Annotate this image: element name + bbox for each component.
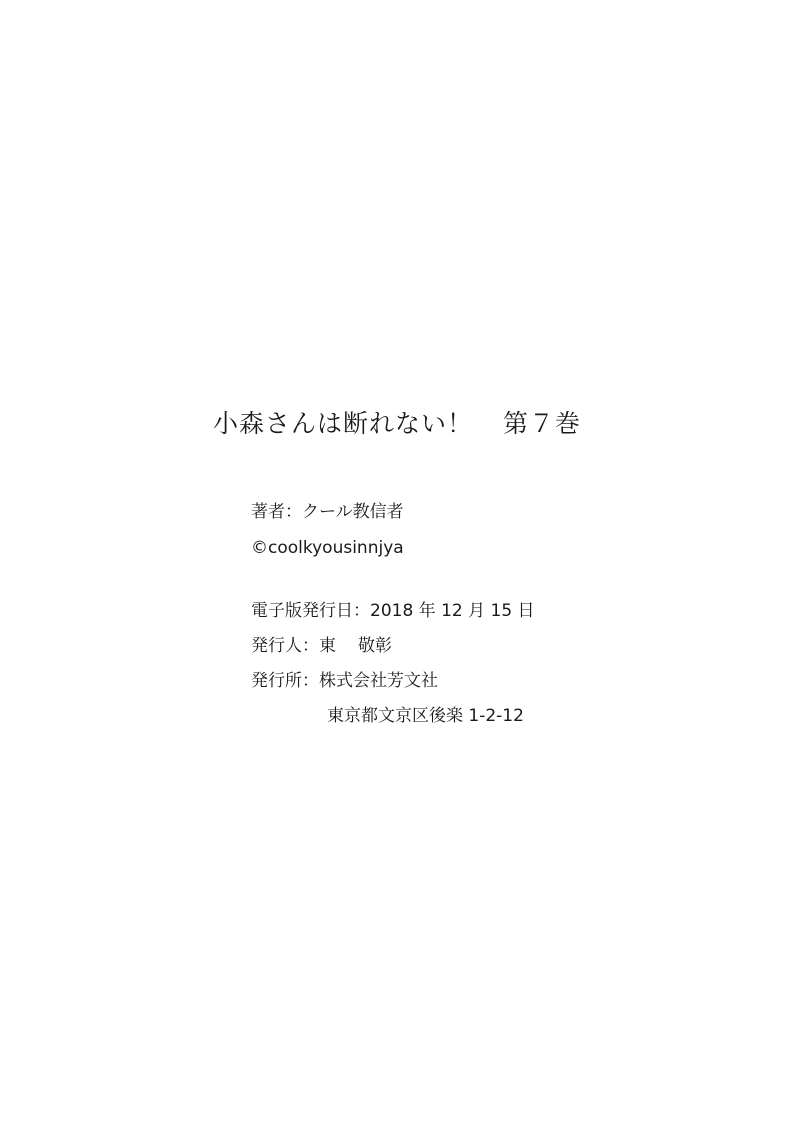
copyright-text: ©coolkyousinnjya	[251, 538, 404, 558]
release-date-line: 電子版発行日：2018 年 12 月 15 日	[251, 599, 535, 623]
author-name: クール教信者	[302, 502, 404, 522]
publisher-given-name: 敬彰	[358, 636, 392, 656]
company-address: 東京都文京区後楽 1-2-12	[327, 704, 524, 728]
author-label: 著者：	[251, 502, 302, 522]
colophon-page: 小森さんは断れない！第７巻 著者：クール教信者 ©coolkyousinnjya…	[0, 0, 800, 1134]
author-line: 著者：クール教信者	[251, 500, 404, 524]
publisher-label: 発行人：	[251, 636, 319, 656]
company-label: 発行所：	[251, 671, 319, 691]
copyright-line: ©coolkyousinnjya	[251, 536, 404, 560]
publisher-surname: 東	[319, 636, 336, 656]
series-title: 小森さんは断れない！	[213, 409, 473, 438]
release-date: 2018 年 12 月 15 日	[370, 601, 535, 621]
book-title: 小森さんは断れない！第７巻	[213, 408, 581, 440]
release-label: 電子版発行日：	[251, 601, 370, 621]
publisher-line: 発行人：東敬彰	[251, 634, 392, 658]
company-name: 株式会社芳文社	[319, 671, 438, 691]
company-line: 発行所：株式会社芳文社	[251, 669, 438, 693]
volume-number: 第７巻	[503, 409, 581, 438]
